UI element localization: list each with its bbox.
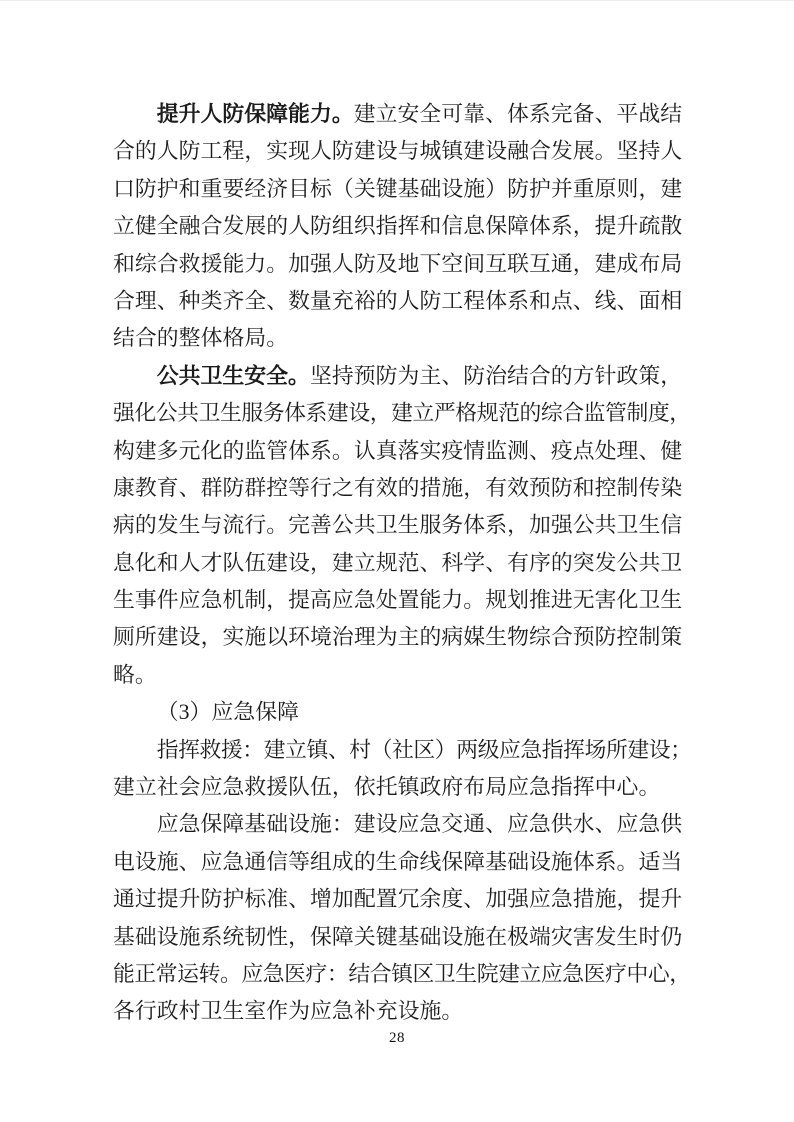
line-text: 生事件应急机制，提高应急处置能力。规划推进无害化卫生 — [113, 588, 682, 612]
line-text: 通过提升防护标准、增加配置冗余度、加强应急措施，提升 — [113, 887, 682, 911]
line-text: 和综合救援能力。加强人防及地下空间互联互通，建成布局 — [113, 252, 682, 276]
line-text: 略。 — [113, 663, 157, 687]
line-text: 病的发生与流行。完善公共卫生服务体系，加强公共卫生信 — [113, 513, 682, 537]
line-text: 指挥救援：建立镇、村（社区）两级应急指挥场所建设； — [157, 738, 692, 762]
text-line: 各行政村卫生室作为应急补充设施。 — [113, 993, 681, 1030]
text-line: 合理、种类齐全、数量充裕的人防工程体系和点、线、面相 — [113, 283, 681, 320]
document-body: 提升人防保障能力。建立安全可靠、体系完备、平战结 合的人防工程，实现人防建设与城… — [113, 96, 681, 1031]
text-line: 应急保障基础设施：建设应急交通、应急供水、应急供 — [113, 806, 681, 843]
line-text: 各行政村卫生室作为应急补充设施。 — [113, 999, 463, 1023]
line-text: 口防护和重要经济目标（关键基础设施）防护并重原则，建 — [113, 177, 682, 201]
line-text: 应急保障基础设施：建设应急交通、应急供水、应急供 — [157, 812, 682, 836]
text-line: 指挥救援：建立镇、村（社区）两级应急指挥场所建设； — [113, 732, 681, 769]
text-line: 能正常运转。应急医疗：结合镇区卫生院建立应急医疗中心， — [113, 956, 681, 993]
text-line: 基础设施系统韧性，保障关键基础设施在极端灾害发生时仍 — [113, 919, 681, 956]
text-line: 结合的整体格局。 — [113, 320, 681, 357]
text-line: 构建多元化的监管体系。认真落实疫情监测、疫点处理、健 — [113, 433, 681, 470]
bold-lead: 公共卫生安全。 — [157, 364, 310, 388]
line-text: 康教育、群防群控等行之有效的措施，有效预防和控制传染 — [113, 476, 682, 500]
line-text: 基础设施系统韧性，保障关键基础设施在极端灾害发生时仍 — [113, 925, 682, 949]
text-line: 通过提升防护标准、增加配置冗余度、加强应急措施，提升 — [113, 881, 681, 918]
text-line: 电设施、应急通信等组成的生命线保障基础设施体系。适当 — [113, 844, 681, 881]
text-line: 强化公共卫生服务体系建设，建立严格规范的综合监管制度， — [113, 395, 681, 432]
text-line: 提升人防保障能力。建立安全可靠、体系完备、平战结 — [113, 96, 681, 133]
text-line: 息化和人才队伍建设，建立规范、科学、有序的突发公共卫 — [113, 545, 681, 582]
line-text: 电设施、应急通信等组成的生命线保障基础设施体系。适当 — [113, 850, 682, 874]
text-line: 合的人防工程，实现人防建设与城镇建设融合发展。坚持人 — [113, 133, 681, 170]
line-text: 厕所建设，实施以环境治理为主的病媒生物综合预防控制策 — [113, 625, 682, 649]
line-text: 结合的整体格局。 — [113, 326, 288, 350]
text-line: 厕所建设，实施以环境治理为主的病媒生物综合预防控制策 — [113, 619, 681, 656]
text-line: 病的发生与流行。完善公共卫生服务体系，加强公共卫生信 — [113, 507, 681, 544]
text-line: 公共卫生安全。坚持预防为主、防治结合的方针政策， — [113, 358, 681, 395]
line-text: 强化公共卫生服务体系建设，建立严格规范的综合监管制度， — [113, 401, 691, 425]
line-text: （3）应急保障 — [157, 700, 299, 724]
line-text: 构建多元化的监管体系。认真落实疫情监测、疫点处理、健 — [113, 439, 682, 463]
line-text: 坚持预防为主、防治结合的方针政策， — [310, 364, 682, 388]
bold-lead: 提升人防保障能力。 — [157, 102, 354, 126]
page-number: 28 — [0, 1027, 794, 1049]
text-line: 建立社会应急救援队伍，依托镇政府布局应急指挥中心。 — [113, 769, 681, 806]
text-line: 和综合救援能力。加强人防及地下空间互联互通，建成布局 — [113, 246, 681, 283]
line-text: 建立社会应急救援队伍，依托镇政府布局应急指挥中心。 — [113, 775, 660, 799]
text-line: 立健全融合发展的人防组织指挥和信息保障体系，提升疏散 — [113, 208, 681, 245]
text-line: 生事件应急机制，提高应急处置能力。规划推进无害化卫生 — [113, 582, 681, 619]
line-text: 立健全融合发展的人防组织指挥和信息保障体系，提升疏散 — [113, 214, 682, 238]
line-text: 能正常运转。应急医疗：结合镇区卫生院建立应急医疗中心， — [113, 962, 691, 986]
line-text: 息化和人才队伍建设，建立规范、科学、有序的突发公共卫 — [113, 551, 682, 575]
line-text: 合的人防工程，实现人防建设与城镇建设融合发展。坚持人 — [113, 139, 682, 163]
document-page: 提升人防保障能力。建立安全可靠、体系完备、平战结 合的人防工程，实现人防建设与城… — [0, 0, 794, 1122]
line-text: 合理、种类齐全、数量充裕的人防工程体系和点、线、面相 — [113, 289, 682, 313]
section-heading: （3）应急保障 — [113, 694, 681, 731]
text-line: 康教育、群防群控等行之有效的措施，有效预防和控制传染 — [113, 470, 681, 507]
text-line: 口防护和重要经济目标（关键基础设施）防护并重原则，建 — [113, 171, 681, 208]
text-line: 略。 — [113, 657, 681, 694]
line-text: 建立安全可靠、体系完备、平战结 — [354, 102, 682, 126]
